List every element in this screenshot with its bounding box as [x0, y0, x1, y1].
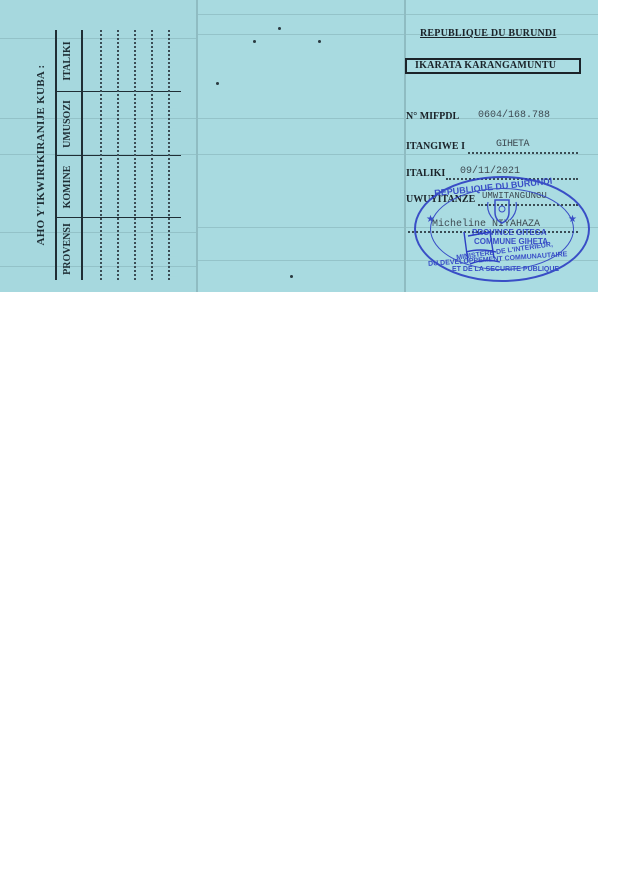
paper-speck — [253, 40, 256, 43]
residence-history-table: AHO Y'IKWIRIKIRANIJE KUBA : PROVENSI KOM… — [35, 30, 185, 280]
blank-row — [168, 30, 170, 280]
paper-speck — [290, 275, 293, 278]
column-header-komine: KOMINE — [55, 156, 81, 218]
paper-speck — [318, 40, 321, 43]
field-label: ITANGIWE I — [406, 141, 465, 152]
blank-row — [134, 30, 136, 280]
identity-card: AHO Y'IKWIRIKIRANIJE KUBA : PROVENSI KOM… — [0, 0, 598, 292]
blank-row — [117, 30, 119, 280]
column-header-umusozi: UMUSOZI — [55, 92, 81, 156]
field-issued-at: ITANGIWE I — [406, 141, 465, 152]
left-panel: AHO Y'IKWIRIKIRANIJE KUBA : PROVENSI KOM… — [0, 0, 198, 292]
signature-mark — [460, 222, 508, 268]
field-value-issued-at: GIHETA — [496, 139, 529, 150]
field-dotted-line — [468, 152, 578, 154]
middle-panel — [198, 0, 406, 292]
card-title: IKARATA KARANGAMUNTU — [405, 58, 581, 74]
field-label: N° MIFPDL — [406, 111, 459, 122]
paper-speck — [278, 27, 281, 30]
field-value-card-number: 0604/168.788 — [478, 110, 550, 121]
paper-speck — [216, 82, 219, 85]
blank-row — [100, 30, 102, 280]
star-icon: ★ — [426, 214, 435, 225]
column-header-italiki: ITALIKI — [55, 30, 81, 92]
star-icon: ★ — [568, 214, 577, 225]
field-issue-date: ITALIKI — [406, 168, 445, 179]
country-heading: REPUBLIQUE DU BURUNDI — [420, 28, 556, 39]
field-card-number: N° MIFPDL — [406, 111, 459, 122]
residence-table-title: AHO Y'IKWIRIKIRANIJE KUBA : — [35, 30, 47, 280]
field-label: ITALIKI — [406, 168, 445, 179]
blank-row — [151, 30, 153, 280]
column-header-provensi: PROVENSI — [55, 218, 81, 280]
